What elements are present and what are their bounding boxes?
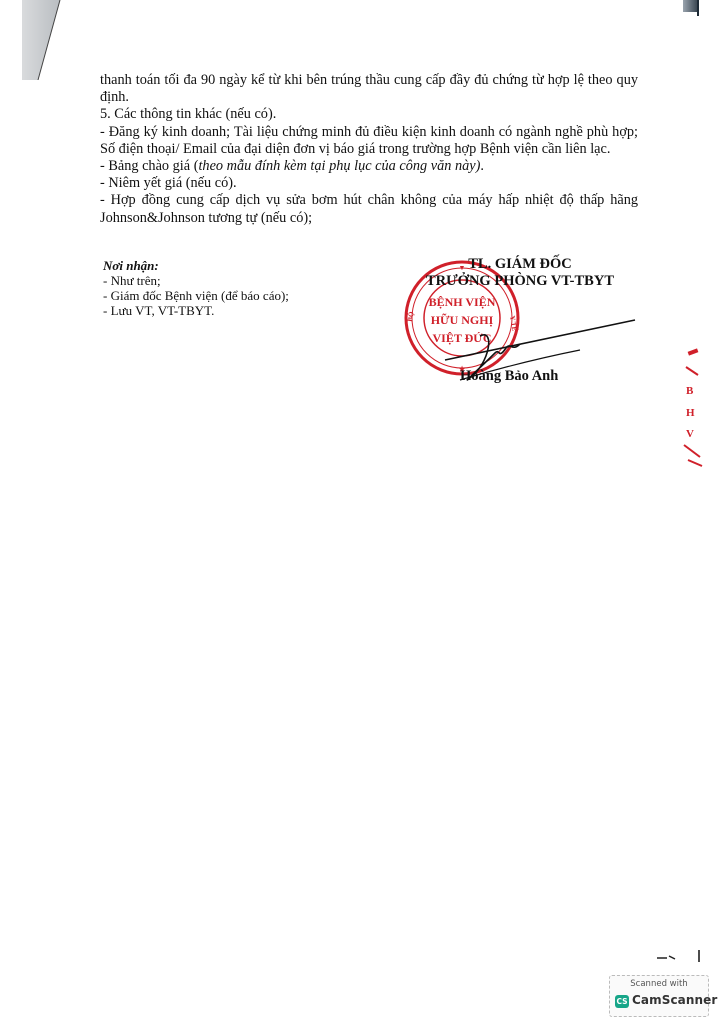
signature-block: TL. GIÁM ĐỐC TRƯỞNG PHÒNG VT-TBYT [405, 256, 635, 290]
recipient-item: - Lưu VT, VT-TBYT. [103, 303, 363, 318]
recipient-item: - Giám đốc Bệnh viện (để báo cáo); [103, 288, 363, 303]
watermark-brand-name: CamScanner [632, 993, 717, 1007]
item-contract-cont: Johnson&Johnson tương tự (nếu có); [100, 210, 638, 227]
signature-position: TRƯỞNG PHÒNG VT-TBYT [405, 273, 635, 290]
signer-name: Hoàng Bảo Anh [460, 368, 558, 385]
item-quotation-prefix: - Bảng chào giá ( [100, 158, 198, 174]
recipients-block: Nơi nhận: - Như trên; - Giám đốc Bệnh vi… [103, 258, 363, 318]
item-quotation-italic: theo mẫu đính kèm tại phụ lục của công v… [198, 158, 480, 174]
recipient-item: - Như trên; [103, 273, 363, 288]
svg-text:BỆNH VIỆN: BỆNH VIỆN [429, 295, 496, 309]
watermark-top-text: Scanned with [610, 979, 708, 989]
page-footer-mark [655, 950, 705, 962]
document-body: thanh toán tối đa 90 ngày kể từ khi bên … [100, 72, 638, 227]
item-price-listing: - Niêm yết giá (nếu có). [100, 175, 638, 192]
recipients-heading: Nơi nhận: [103, 258, 363, 273]
camscanner-logo-icon: CS [615, 995, 629, 1008]
paragraph-payment-terms: thanh toán tối đa 90 ngày kể từ khi bên … [100, 72, 638, 89]
paragraph-regulation: định. [100, 89, 638, 106]
scan-edge-line [697, 0, 699, 16]
section-5-heading: 5. Các thông tin khác (nếu có). [100, 106, 638, 123]
signature-title: TL. GIÁM ĐỐC [405, 256, 635, 273]
item-contract: - Hợp đồng cung cấp dịch vụ sửa bơm hút … [100, 192, 638, 209]
camscanner-watermark: Scanned with CS CamScanner [609, 975, 709, 1017]
item-quotation-suffix: . [480, 158, 484, 174]
svg-text:BỘ: BỘ [406, 310, 416, 322]
svg-text:B: B [686, 385, 694, 397]
item-contact-info: Số điện thoại/ Email của đại diện đơn vị… [100, 141, 638, 158]
svg-text:H: H [686, 407, 695, 419]
item-business-registration: - Đăng ký kinh doanh; Tài liệu chứng min… [100, 124, 638, 141]
page-fold-shadow [0, 0, 724, 80]
edge-seal-fragment: B H V [676, 345, 706, 470]
item-quotation: - Bảng chào giá (theo mẫu đính kèm tại p… [100, 158, 638, 175]
svg-text:V: V [686, 428, 694, 440]
